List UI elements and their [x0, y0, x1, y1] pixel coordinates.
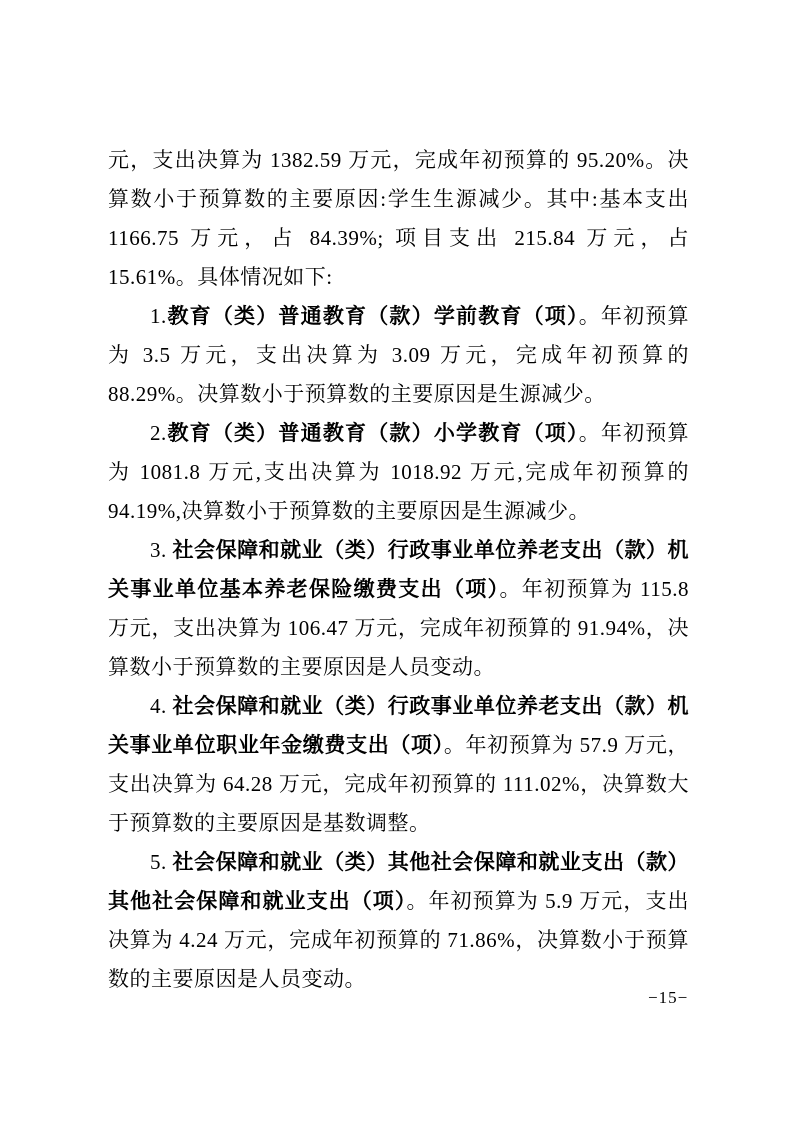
budget-item-2: 2.教育（类）普通教育（款）小学教育（项）。年初预算为 1081.8 万元,支出…	[108, 414, 689, 531]
paragraph-text: 3.	[150, 538, 173, 562]
budget-item-title: 教育（类）普通教育（款）学前教育（项）	[167, 304, 579, 328]
budget-item-4: 4. 社会保障和就业（类）行政事业单位养老支出（款）机关事业单位职业年金缴费支出…	[108, 687, 689, 843]
budget-item-1: 1.教育（类）普通教育（款）学前教育（项）。年初预算为 3.5 万元，支出决算为…	[108, 297, 689, 414]
budget-item-5: 5. 社会保障和就业（类）其他社会保障和就业支出（款）其他社会保障和就业支出（项…	[108, 843, 689, 999]
paragraph-text: 元，支出决算为 1382.59 万元，完成年初预算的 95.20%。决算数小于预…	[108, 148, 689, 289]
budget-item-title: 教育（类）普通教育（款）小学教育（项）	[167, 421, 579, 445]
paragraph-text: 2.	[150, 421, 167, 445]
document-body: 元，支出决算为 1382.59 万元，完成年初预算的 95.20%。决算数小于预…	[108, 141, 689, 999]
budget-item-3: 3. 社会保障和就业（类）行政事业单位养老支出（款）机关事业单位基本养老保险缴费…	[108, 531, 689, 687]
paragraph-text: 5.	[150, 850, 173, 874]
paragraph-text: 1.	[150, 304, 167, 328]
document-page: 元，支出决算为 1382.59 万元，完成年初预算的 95.20%。决算数小于预…	[0, 0, 793, 1122]
paragraph-intro: 元，支出决算为 1382.59 万元，完成年初预算的 95.20%。决算数小于预…	[108, 141, 689, 297]
page-number: −15−	[648, 986, 688, 1010]
paragraph-text: 4.	[150, 694, 173, 718]
